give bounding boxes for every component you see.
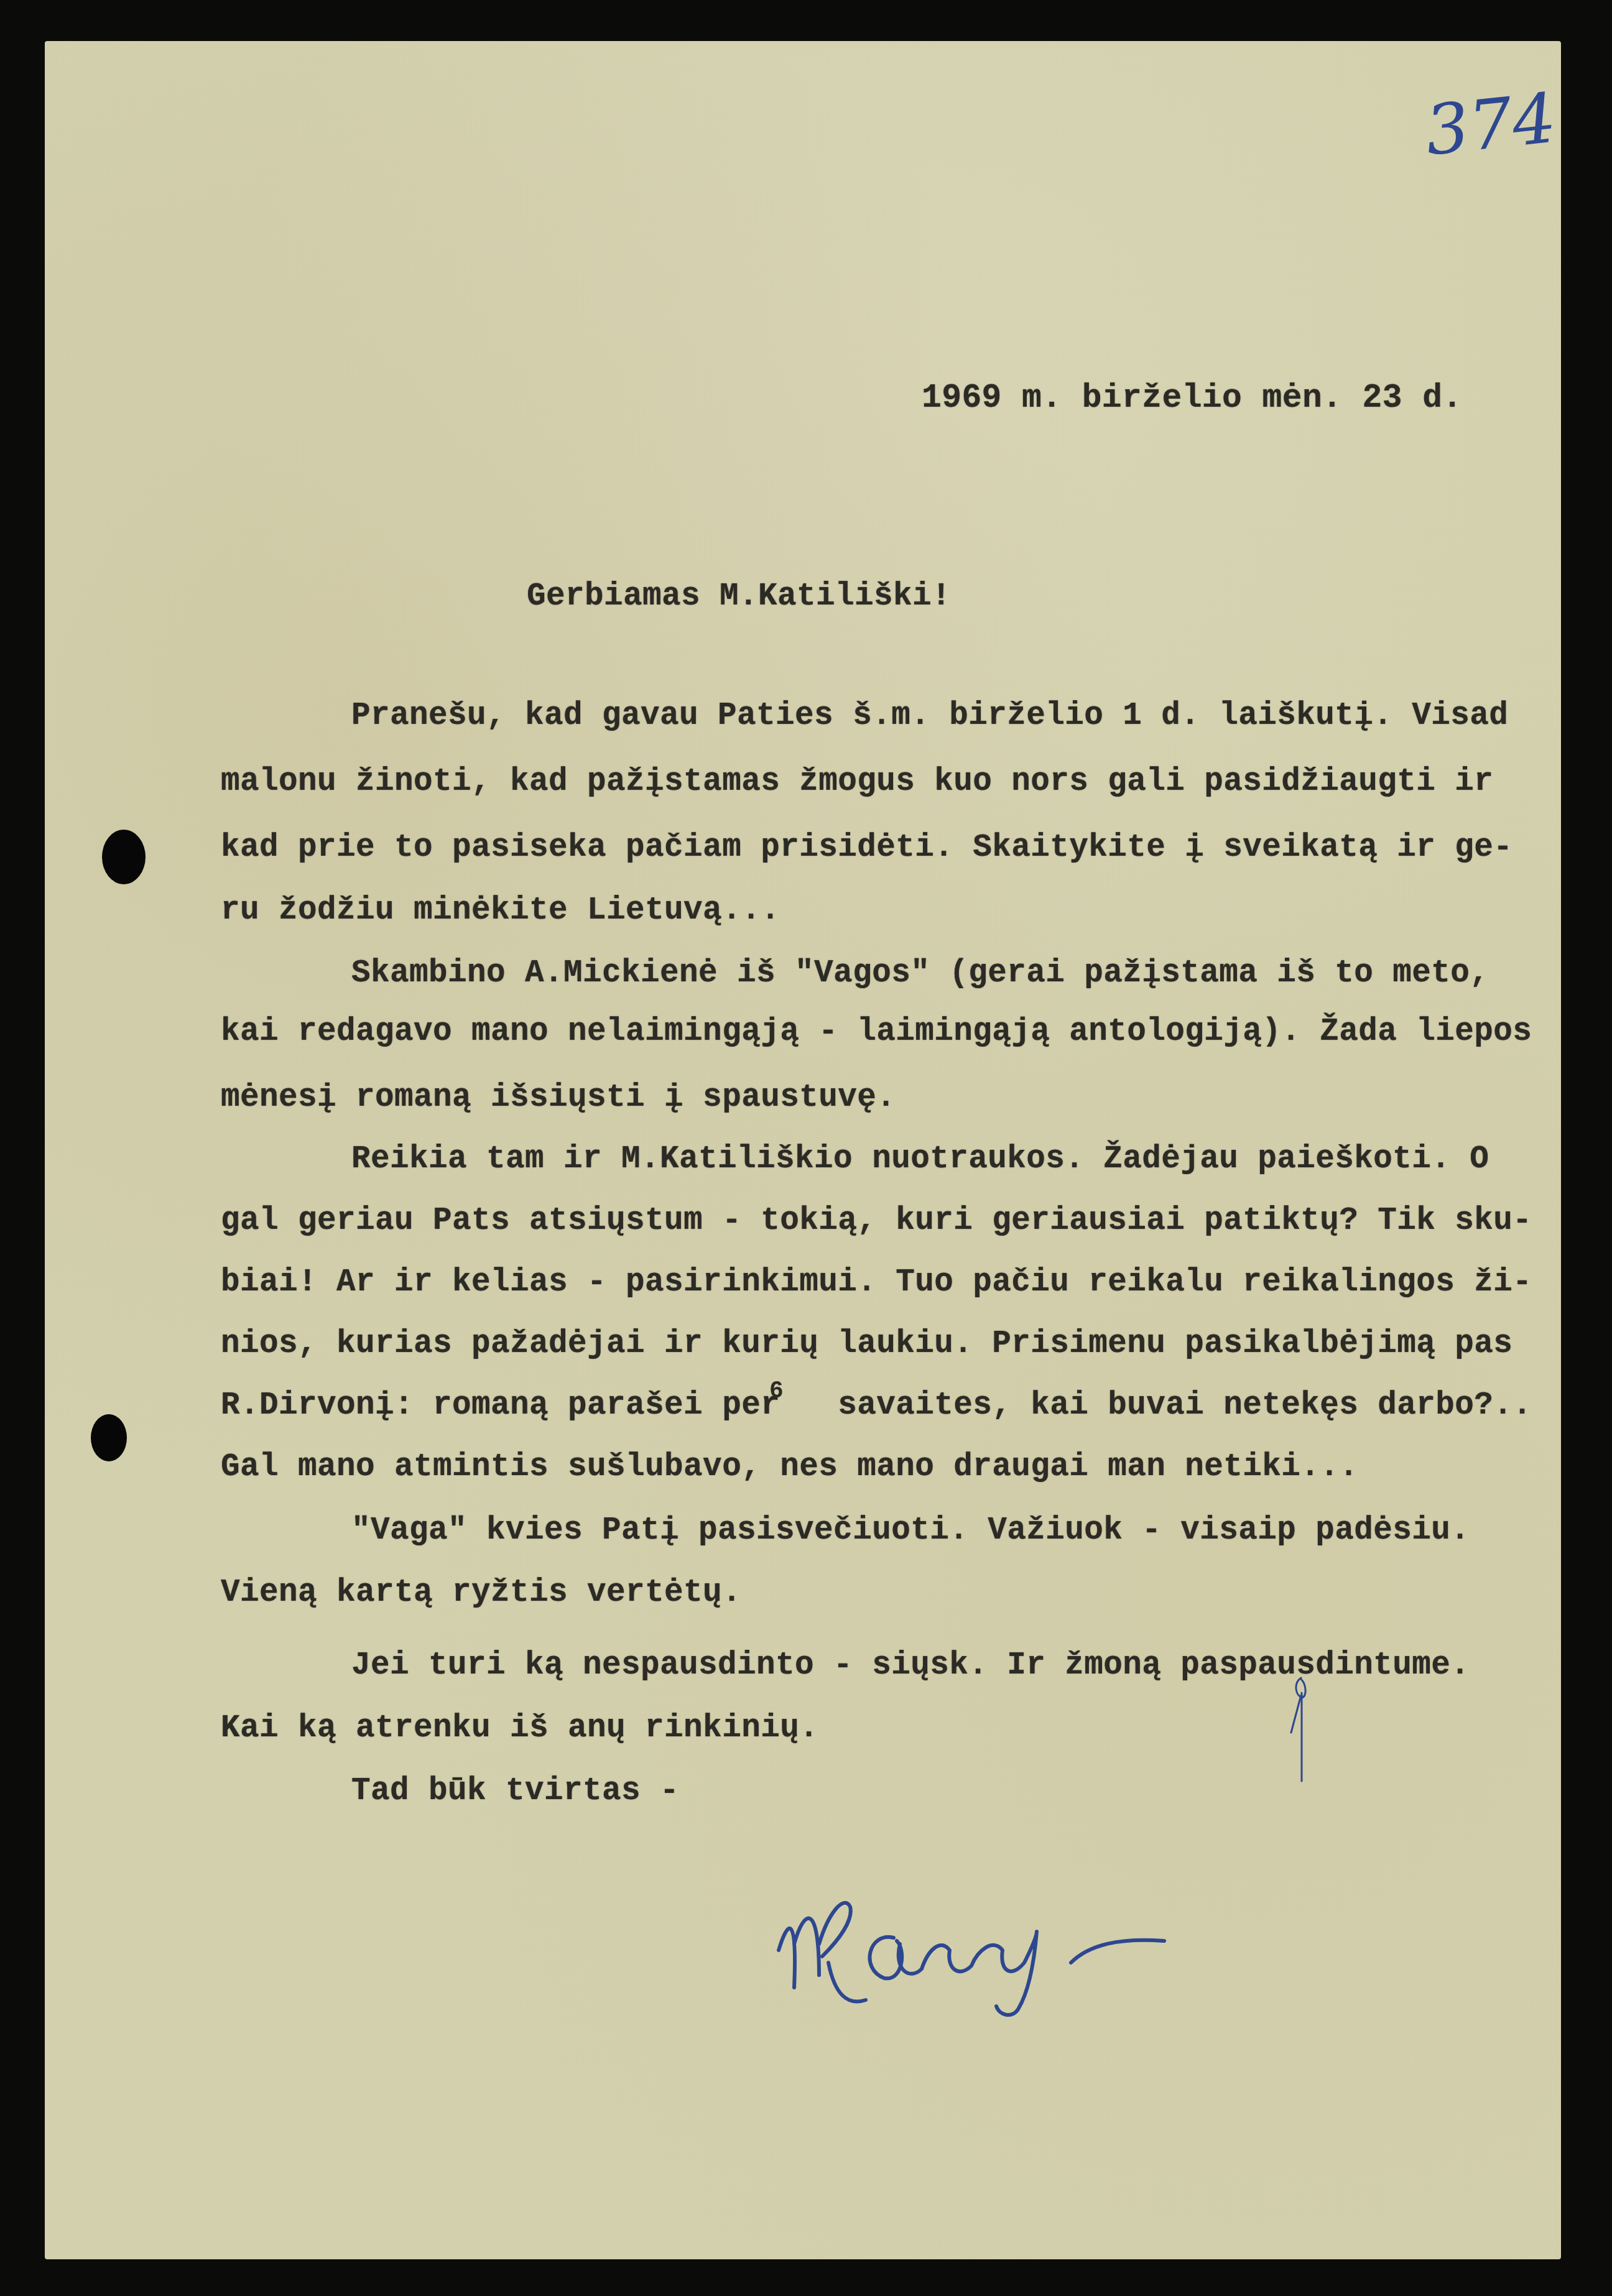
body-line-5: Skambino A.Mickienė iš "Vagos" (gerai pa…	[351, 958, 1489, 989]
body-line-9: gal geriau Pats atsiųstum - tokią, kuri …	[221, 1205, 1532, 1237]
handwritten-insert-number: 6	[769, 1378, 784, 1405]
punch-hole-lower	[91, 1414, 127, 1461]
body-line-7: mėnesį romaną išsiųsti į spaustuvę.	[221, 1082, 896, 1114]
body-line-4: ru žodžiu minėkite Lietuvą...	[221, 895, 780, 927]
letter-page: 374 1969 m. birželio mėn. 23 d. Gerbiama…	[45, 41, 1561, 2259]
body-line-8: Reikia tam ir M.Katiliškio nuotraukos. Ž…	[351, 1144, 1489, 1175]
body-line-14: "Vaga" kvies Patį pasisvečiuoti. Važiuok…	[351, 1515, 1470, 1547]
punch-hole-upper	[102, 830, 146, 884]
body-line-1: Pranešu, kad gavau Paties š.m. birželio …	[351, 700, 1508, 732]
correction-mark-icon	[1282, 1677, 1320, 1782]
date-line: 1969 m. birželio mėn. 23 d.	[922, 382, 1463, 415]
folio-number: 374	[1422, 78, 1560, 170]
handwritten-signature-icon	[760, 1876, 1208, 2025]
body-line-13: Gal mano atmintis sušlubavo, nes mano dr…	[221, 1451, 1358, 1483]
body-line-17: Kai ką atrenku iš anų rinkinių.	[221, 1713, 818, 1744]
body-line-3: kad prie to pasiseka pačiam prisidėti. S…	[221, 832, 1512, 864]
body-line-2: malonu žinoti, kad pažįstamas žmogus kuo…	[221, 766, 1493, 798]
body-line-6: kai redagavo mano nelaimingąją - laiming…	[221, 1016, 1532, 1048]
body-line-12: R.Dirvonį: romaną parašei per savaites, …	[221, 1390, 1532, 1422]
body-line-10: biai! Ar ir kelias - pasirinkimui. Tuo p…	[221, 1267, 1532, 1298]
salutation: Gerbiamas M.Katiliški!	[527, 581, 951, 613]
body-line-15: Vieną kartą ryžtis vertėtų.	[221, 1577, 741, 1609]
body-line-11: nios, kurias pažadėjai ir kurių laukiu. …	[221, 1328, 1512, 1360]
body-line-18: Tad būk tvirtas -	[351, 1775, 679, 1807]
